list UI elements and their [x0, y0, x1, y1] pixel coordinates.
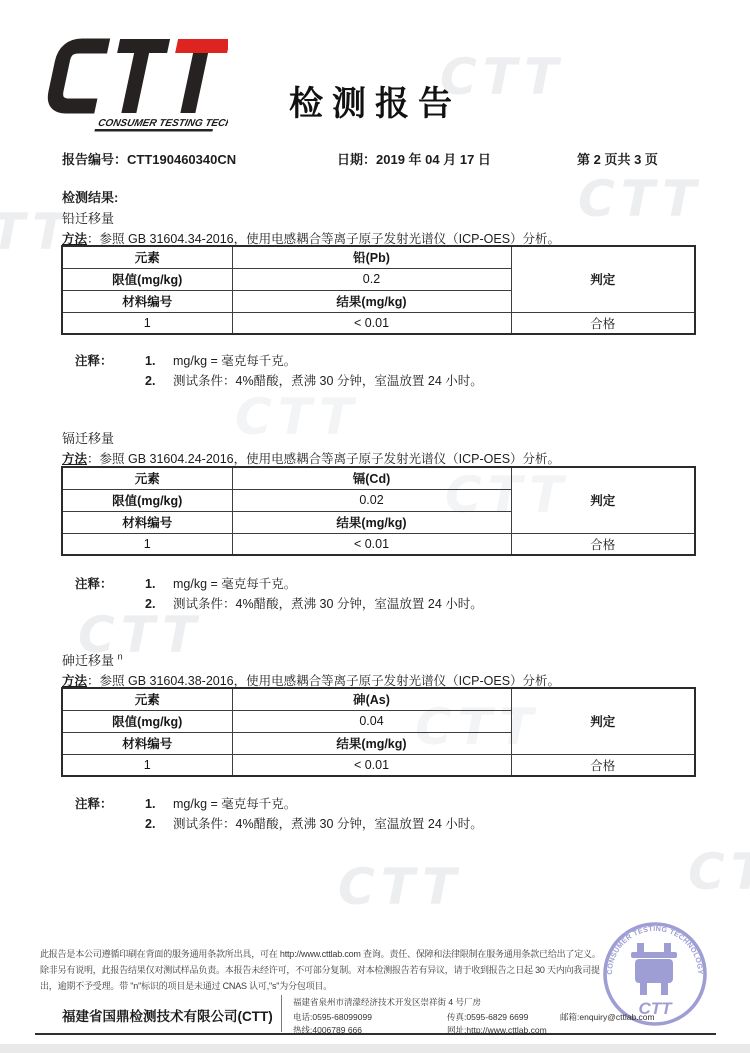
report-date: 日期：2019 年 04 月 17 日: [337, 149, 491, 168]
company-phone: 电话:0595-68099099: [293, 1011, 372, 1023]
cell-element-label: 元素: [62, 688, 232, 710]
cell-verdict-label: 判定: [511, 467, 695, 533]
ctt-watermark: CTT: [578, 170, 702, 228]
ding-vessel-icon: [631, 943, 677, 995]
cell-result-value: < 0.01: [232, 533, 511, 555]
ctt-watermark: CTT: [688, 843, 750, 901]
cell-limit-label: 限值(mg/kg): [62, 489, 232, 511]
report-number: 报告编号：CTT190460340CN: [62, 149, 236, 168]
company-address: 福建省泉州市清濛经济技术开发区崇祥街 4 号厂房: [293, 996, 481, 1008]
notes-cadmium: 注释： 1. mg/kg = 毫克每千克。 2. 测试条件：4%醋酸，煮沸 30…: [75, 574, 483, 614]
cell-verdict-label: 判定: [511, 246, 695, 312]
cell-material-no: 1: [62, 533, 232, 555]
cell-element-label: 元素: [62, 467, 232, 489]
cell-element-label: 元素: [62, 246, 232, 268]
cell-verdict-value: 合格: [511, 312, 695, 334]
cell-limit-value: 0.04: [232, 710, 511, 732]
cell-material-no: 1: [62, 312, 232, 334]
cell-limit-label: 限值(mg/kg): [62, 710, 232, 732]
cell-material-no: 1: [62, 754, 232, 776]
ctt-watermark: CTT: [235, 388, 359, 446]
scan-edge-strip: [0, 1044, 750, 1053]
section-title-cadmium: 镉迁移量: [62, 428, 114, 447]
notes-label: 注释：: [75, 794, 145, 814]
cell-result-label: 结果(mg/kg): [232, 511, 511, 533]
section-title-lead: 铅迁移量: [62, 208, 114, 227]
cell-verdict-value: 合格: [511, 754, 695, 776]
notes-label: 注释：: [75, 574, 145, 594]
footer-divider: [281, 995, 282, 1032]
company-name: 福建省国鼎检测技术有限公司(CTT): [62, 1005, 273, 1025]
page-indicator: 第 2 页共 3 页: [577, 149, 658, 168]
page-title: 检测报告: [0, 76, 750, 125]
method-line-cadmium: 方法：参照 GB 31604.24-2016，使用电感耦合等离子原子发射光谱仪（…: [62, 449, 560, 467]
cell-verdict-value: 合格: [511, 533, 695, 555]
report-date-label: 日期：: [337, 152, 376, 167]
test-report-page: CTT CTT CTT CTT CTT CTT CTT CTT CTT CONS…: [0, 0, 750, 1053]
report-number-label: 报告编号：: [62, 152, 127, 167]
cell-limit-label: 限值(mg/kg): [62, 268, 232, 290]
cell-result-value: < 0.01: [232, 754, 511, 776]
cell-material-label: 材料编号: [62, 290, 232, 312]
cadmium-result-table: 元素 镉(Cd) 判定 限值(mg/kg) 0.02 材料编号 结果(mg/kg…: [61, 466, 696, 556]
notes-arsenic: 注释： 1. mg/kg = 毫克每千克。 2. 测试条件：4%醋酸，煮沸 30…: [75, 794, 483, 834]
cell-result-value: < 0.01: [232, 312, 511, 334]
cell-element: 镉(Cd): [232, 467, 511, 489]
notes-label: 注释：: [75, 351, 145, 371]
logo-letter-t2-bar-red: [175, 39, 228, 53]
logo-underline: [94, 129, 213, 132]
company-fax: 传真:0595-6829 6699: [447, 1011, 528, 1023]
cell-element: 砷(As): [232, 688, 511, 710]
ctt-watermark: CTT: [338, 858, 462, 916]
section-title-arsenic: 砷迁移量 n: [62, 650, 123, 669]
cell-verdict-label: 判定: [511, 688, 695, 754]
company-email: 邮箱:enquiry@cttlab.com: [560, 1011, 655, 1023]
cell-limit-value: 0.02: [232, 489, 511, 511]
cell-element: 铅(Pb): [232, 246, 511, 268]
cell-limit-value: 0.2: [232, 268, 511, 290]
arsenic-result-table: 元素 砷(As) 判定 限值(mg/kg) 0.04 材料编号 结果(mg/kg…: [61, 687, 696, 777]
cell-result-label: 结果(mg/kg): [232, 732, 511, 754]
disclaimer-text: 此报告是本公司遵循印刷在背面的服务通用条款所出具，可在 http://www.c…: [40, 946, 601, 994]
results-heading: 检测结果:: [62, 187, 118, 206]
cell-result-label: 结果(mg/kg): [232, 290, 511, 312]
cell-material-label: 材料编号: [62, 511, 232, 533]
cell-material-label: 材料编号: [62, 732, 232, 754]
lead-result-table: 元素 铅(Pb) 判定 限值(mg/kg) 0.2 材料编号 结果(mg/kg)…: [61, 245, 696, 335]
notes-lead: 注释： 1. mg/kg = 毫克每千克。 2. 测试条件：4%醋酸，煮沸 30…: [75, 351, 483, 391]
footer-rule: [35, 1033, 716, 1035]
